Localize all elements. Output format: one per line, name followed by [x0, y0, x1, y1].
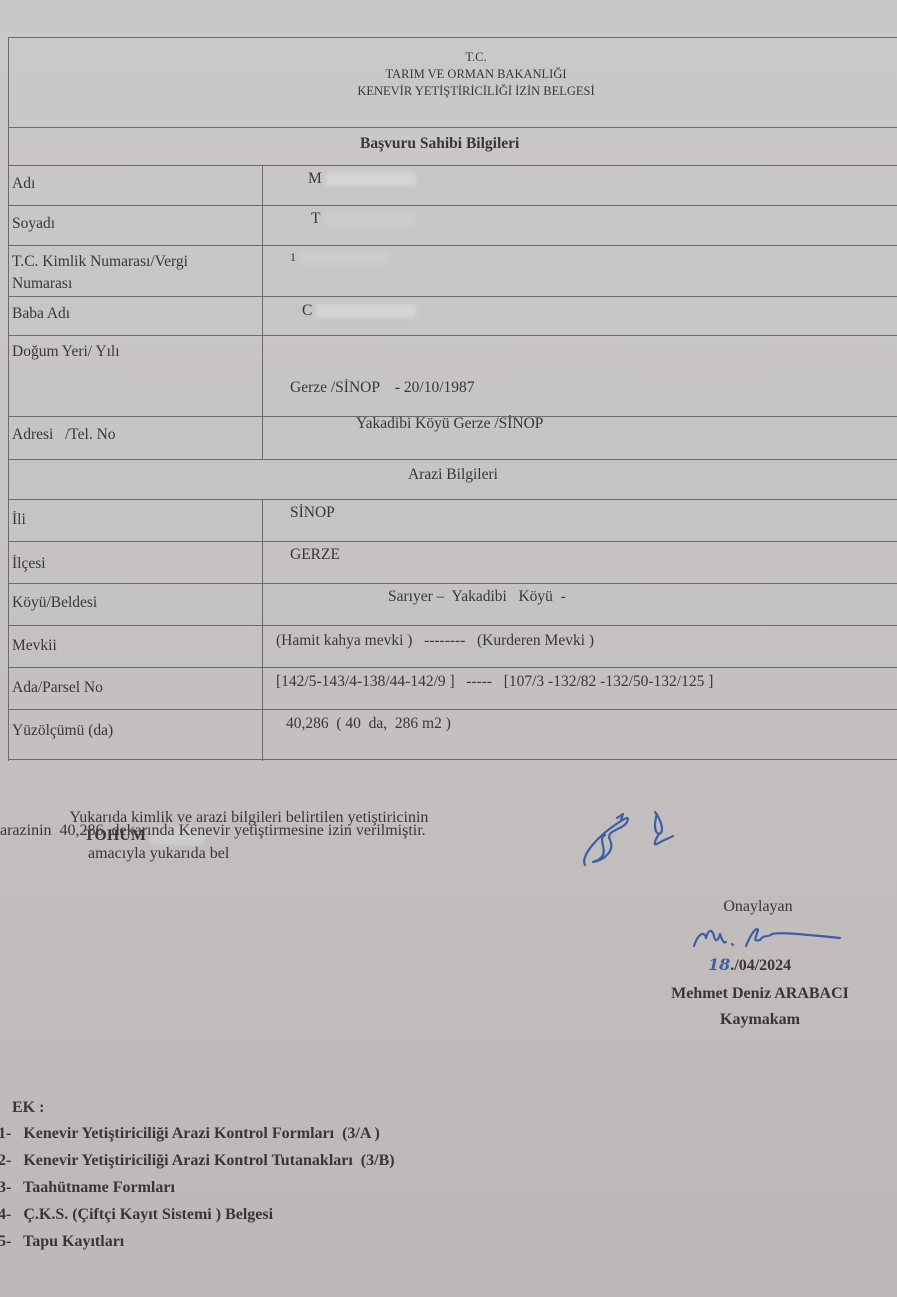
value-area: 40,286 ( 40 da, 286 m2 ) — [286, 715, 451, 733]
value-id-initial: 1 — [290, 250, 296, 264]
value-address: Yakadibi Köyü Gerze /SİNOP — [356, 415, 543, 433]
approval-signature-icon — [690, 920, 850, 956]
label-birth: Doğum Yeri/ Yılı — [12, 343, 120, 361]
value-province: SİNOP — [290, 504, 335, 522]
divider — [8, 709, 897, 710]
divider — [8, 165, 897, 166]
attachment-item: 5- Tapu Kayıtları — [0, 1233, 124, 1251]
label-province: İli — [12, 511, 26, 529]
label-location: Mevkii — [12, 637, 57, 655]
label-surname: Soyadı — [12, 215, 55, 233]
label-address: Adresi /Tel. No — [12, 426, 116, 444]
table-border-left — [8, 37, 9, 761]
handwritten-day: 18 — [708, 955, 730, 974]
attachment-item: 4- Ç.K.S. (Çiftçi Kayıt Sistemi ) Belges… — [0, 1206, 273, 1224]
label-id-number: T.C. Kimlik Numarası/Vergi — [12, 253, 188, 271]
column-divider — [262, 499, 263, 761]
value-father-initial: C — [302, 302, 312, 319]
value-birth: Gerze /SİNOP - 20/10/1987 — [290, 379, 475, 397]
label-father-name: Baba Adı — [12, 305, 70, 323]
value-surname-initial: T — [311, 210, 320, 227]
value-name-initial: M — [308, 170, 322, 187]
divider — [8, 205, 897, 206]
redacted-block — [326, 172, 416, 186]
printed-month-year: ./04/2024 — [730, 957, 791, 974]
label-area: Yüzölçümü (da) — [12, 722, 113, 740]
divider — [8, 127, 897, 128]
value-id-number: 1 — [290, 250, 390, 265]
approval-date: 18./04/2024 — [708, 955, 791, 975]
divider — [8, 667, 897, 668]
divider — [8, 625, 897, 626]
attachments-title: EK : — [12, 1099, 44, 1117]
approval-block: Onaylayan — [630, 898, 890, 916]
attachment-item: 1- Kenevir Yetiştiriciliği Arazi Kontrol… — [0, 1125, 380, 1143]
redacted-block — [300, 251, 390, 265]
redacted-block — [316, 304, 416, 318]
label-district: İlçesi — [12, 555, 46, 573]
initials-signature-icon — [575, 810, 675, 870]
table-border-top — [8, 37, 897, 38]
value-surname: T — [311, 210, 414, 228]
divider — [8, 583, 897, 584]
document-title: KENEVİR YETİŞTİRİCİLİĞİ İZİN BELGESİ — [176, 84, 776, 99]
value-parcel: [142/5-143/4-138/44-142/9 ] ----- [107/3… — [276, 673, 713, 691]
approval-label: Onaylayan — [628, 898, 888, 916]
divider — [8, 296, 897, 297]
statement-line2: arazinin 40,286 dekarında Kenevir yetişt… — [0, 822, 426, 840]
attachment-item: 3- Taahütname Formları — [0, 1179, 175, 1197]
paper-top-margin — [0, 0, 897, 36]
value-village: Sarıyer – Yakadibi Köyü - — [388, 588, 566, 606]
divider — [8, 541, 897, 542]
statement-text-end: amacıyla yukarıda bel — [88, 845, 229, 862]
header-ministry: TARIM VE ORMAN BAKANLIĞI — [176, 67, 776, 82]
label-id-number-line2: Numarası — [12, 275, 72, 293]
divider — [8, 759, 897, 760]
value-name: M — [308, 170, 416, 188]
section-title-applicant: Başvuru Sahibi Bilgileri — [360, 135, 519, 153]
divider — [8, 335, 897, 336]
label-name: Adı — [12, 175, 35, 193]
approver-name: Mehmet Deniz ARABACI — [630, 985, 890, 1003]
divider — [8, 499, 897, 500]
approver-title: Kaymakam — [630, 1011, 890, 1029]
divider — [8, 459, 897, 460]
value-district: GERZE — [290, 546, 340, 564]
label-village: Köyü/Beldesi — [12, 594, 97, 612]
header-tc: T.C. — [176, 50, 776, 65]
redacted-block — [324, 212, 414, 226]
attachment-item: 2- Kenevir Yetiştiriciliği Arazi Kontrol… — [0, 1152, 395, 1170]
value-location: (Hamit kahya mevki ) -------- (Kurderen … — [276, 632, 594, 650]
label-parcel: Ada/Parsel No — [12, 679, 103, 697]
value-father-name: C — [302, 302, 416, 320]
section-title-land: Arazi Bilgileri — [408, 466, 498, 484]
divider — [8, 245, 897, 246]
